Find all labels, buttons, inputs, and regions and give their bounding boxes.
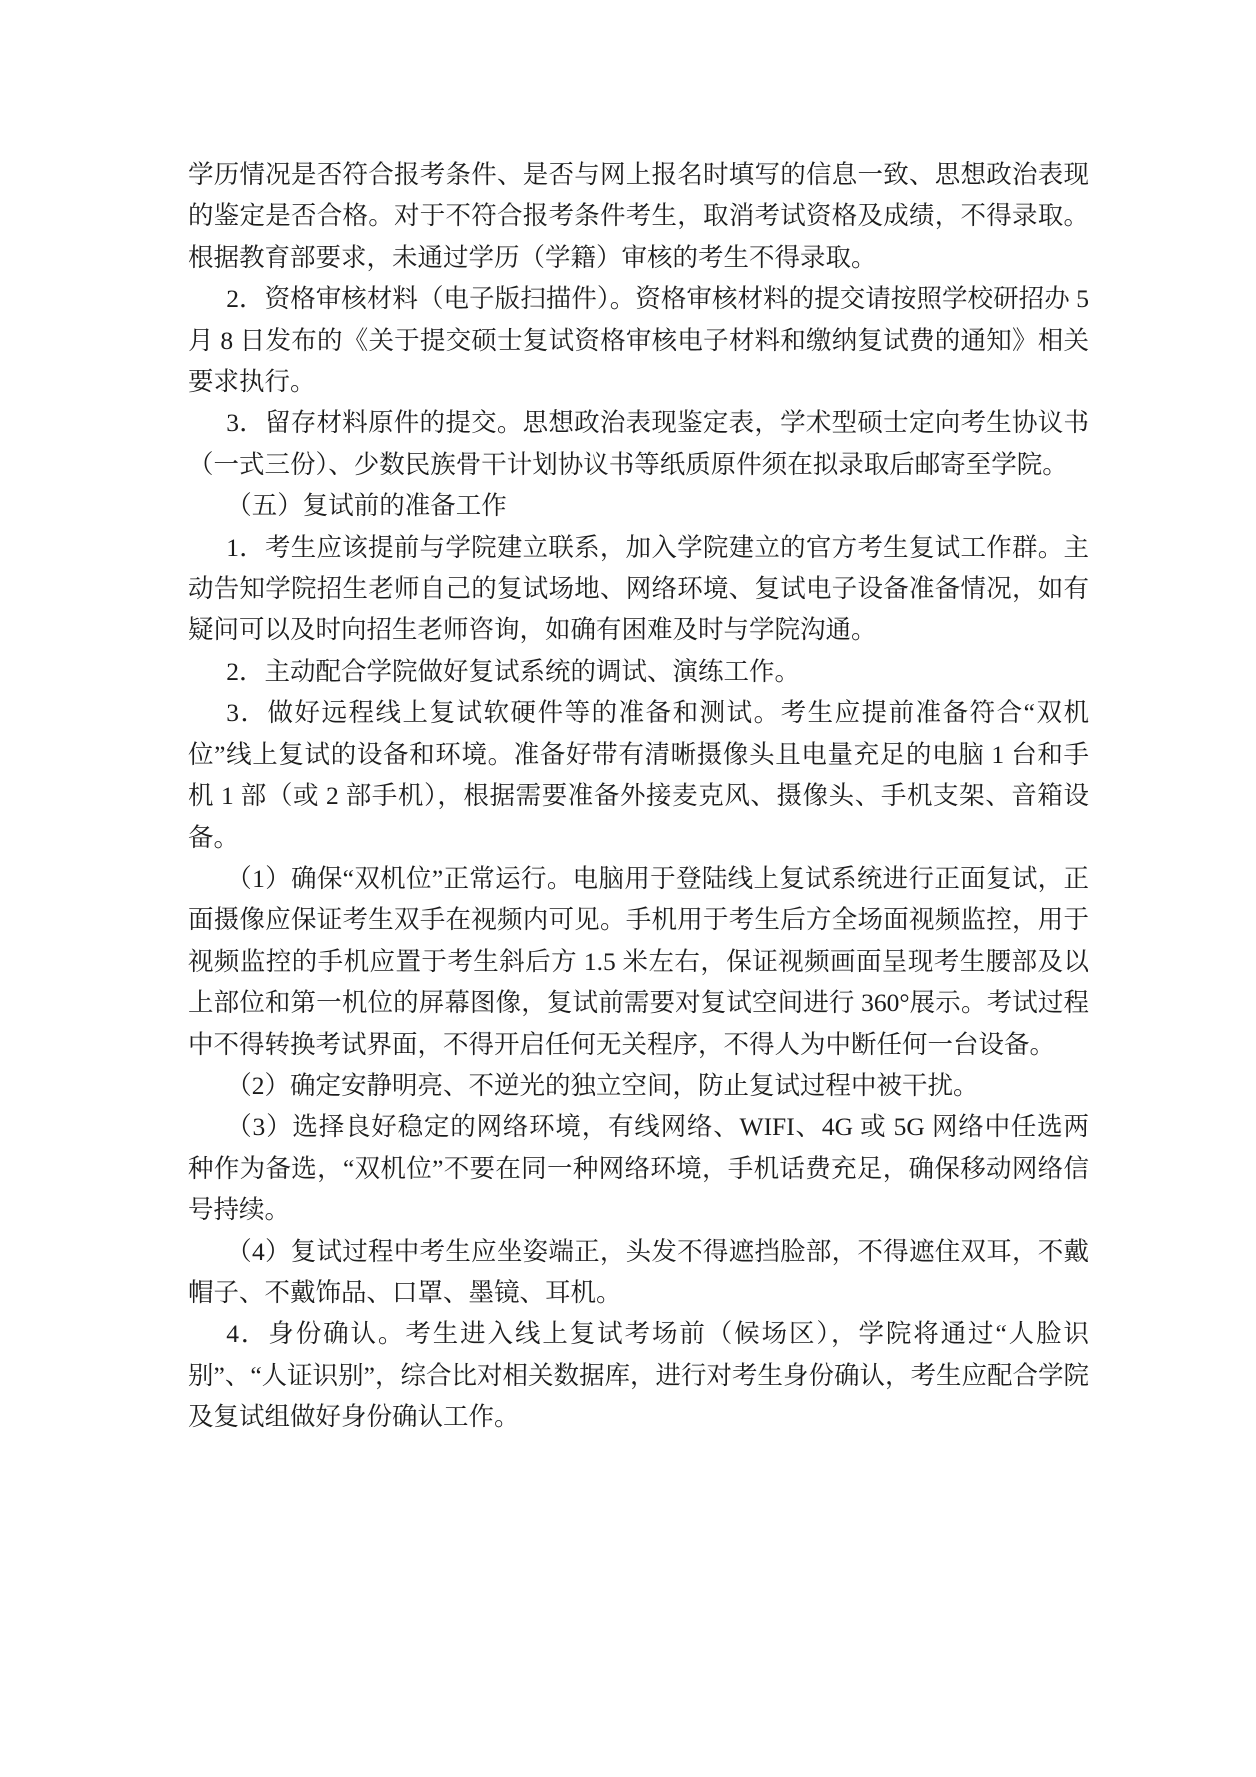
paragraph-eligibility-review-continuation: 学历情况是否符合报考条件、是否与网上报名时填写的信息一致、思想政治表现的鉴定是否… xyxy=(188,154,1089,278)
paragraph-item-3-original-materials: 3．留存材料原件的提交。思想政治表现鉴定表，学术型硕士定向考生协议书（一式三份）… xyxy=(188,402,1089,485)
document-page: 学历情况是否符合报考条件、是否与网上报名时填写的信息一致、思想政治表现的鉴定是否… xyxy=(0,0,1256,1777)
paragraph-item-2-review-materials: 2．资格审核材料（电子版扫描件）。资格审核材料的提交请按照学校研招办 5 月 8… xyxy=(188,278,1089,402)
paragraph-sub-3-network: （3）选择良好稳定的网络环境，有线网络、WIFI、4G 或 5G 网络中任选两种… xyxy=(188,1106,1089,1230)
section-heading-5-preparation: （五）复试前的准备工作 xyxy=(188,485,1089,526)
paragraph-item-3-equipment-prep: 3．做好远程线上复试软硬件等的准备和测试。考生应提前准备符合“双机位”线上复试的… xyxy=(188,692,1089,858)
paragraph-item-4-identity-check: 4．身份确认。考生进入线上复试考场前（候场区），学院将通过“人脸识别”、“人证识… xyxy=(188,1313,1089,1437)
paragraph-item-1-contact-college: 1．考生应该提前与学院建立联系，加入学院建立的官方考生复试工作群。主动告知学院招… xyxy=(188,527,1089,651)
document-body: 学历情况是否符合报考条件、是否与网上报名时填写的信息一致、思想政治表现的鉴定是否… xyxy=(188,154,1089,1438)
paragraph-sub-1-dual-camera: （1）确保“双机位”正常运行。电脑用于登陆线上复试系统进行正面复试，正面摄像应保… xyxy=(188,858,1089,1065)
paragraph-sub-4-appearance: （4）复试过程中考生应坐姿端正，头发不得遮挡脸部，不得遮住双耳，不戴帽子、不戴饰… xyxy=(188,1231,1089,1314)
paragraph-item-2-system-debug: 2．主动配合学院做好复试系统的调试、演练工作。 xyxy=(188,651,1089,692)
paragraph-sub-2-quiet-space: （2）确定安静明亮、不逆光的独立空间，防止复试过程中被干扰。 xyxy=(188,1065,1089,1106)
